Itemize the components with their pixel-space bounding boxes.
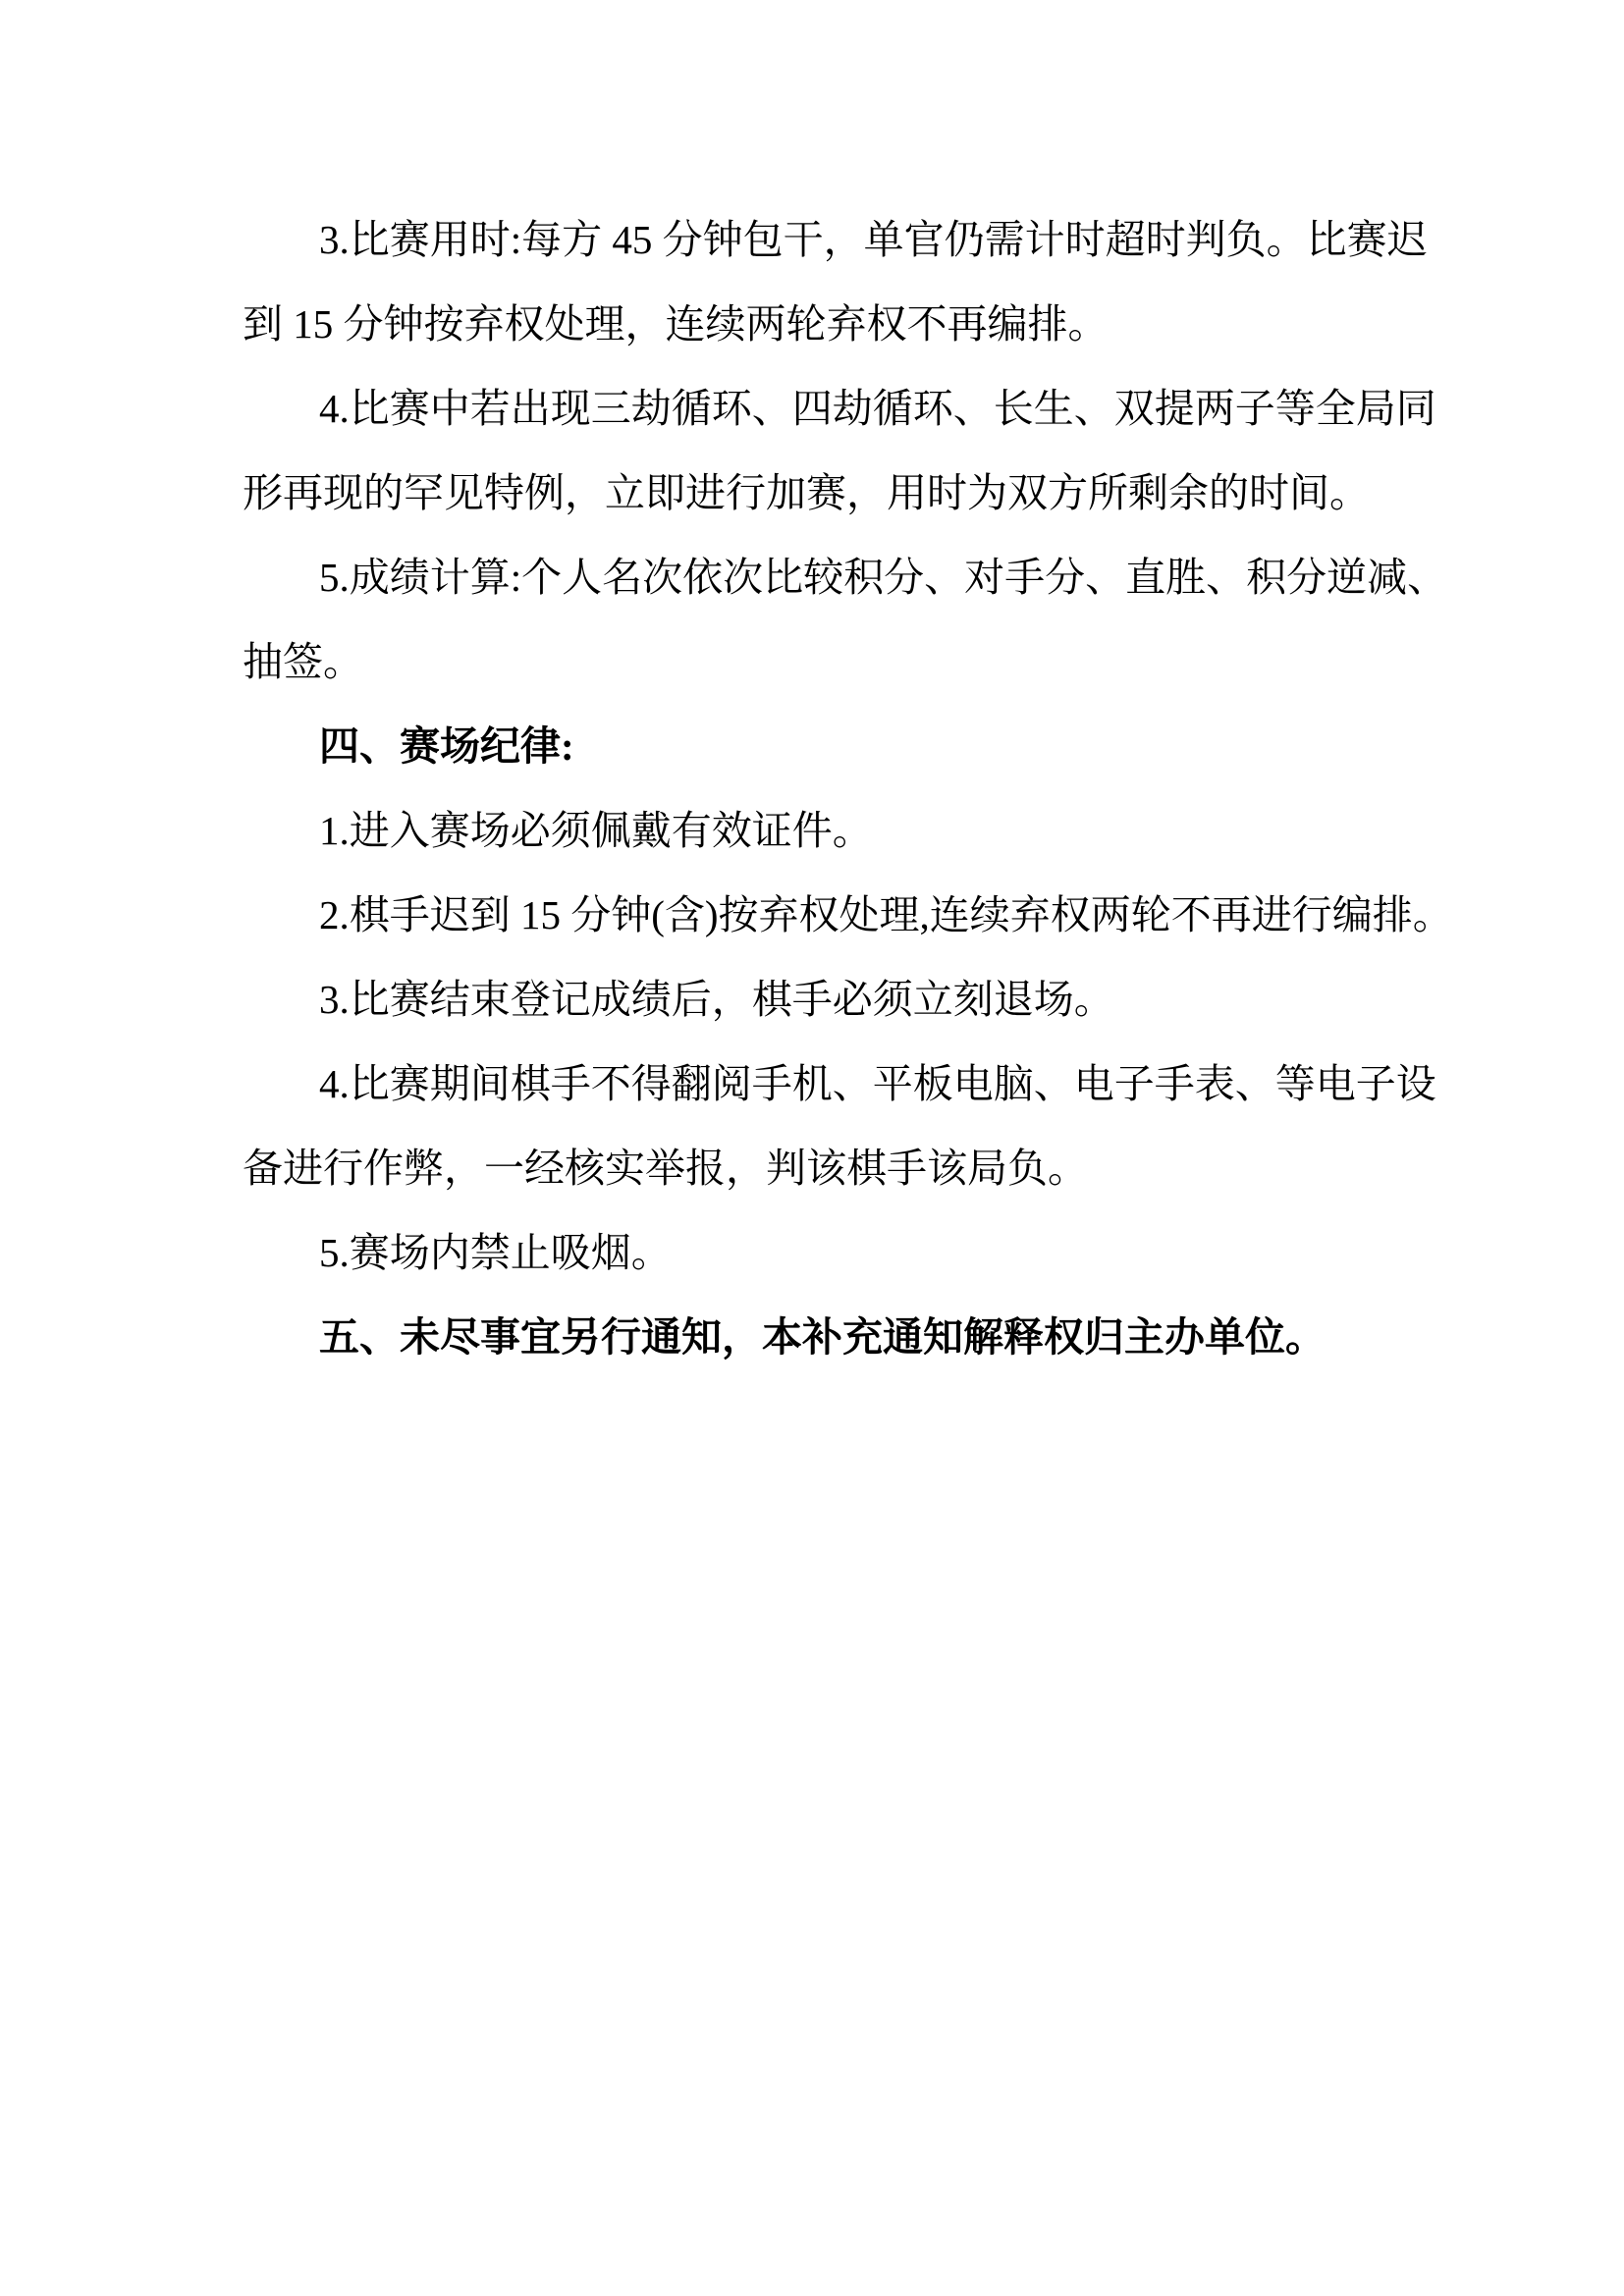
- document-text-block: 3.比赛用时:每方 45 分钟包干，单官仍需计时超时判负。比赛迟到 15 分钟按…: [243, 197, 1379, 1379]
- paragraph-line: 到 15 分钟按弃权处理，连续两轮弃权不再编排。: [243, 282, 1379, 366]
- heading-line: 四、赛场纪律:: [243, 704, 1379, 788]
- paragraph-line: 3.比赛结束登记成绩后，棋手必须立刻退场。: [243, 957, 1379, 1041]
- paragraph-line: 形再现的罕见特例，立即进行加赛，用时为双方所剩余的时间。: [243, 451, 1379, 535]
- paragraph-line: 5.成绩计算:个人名次依次比较积分、对手分、直胜、积分逆减、: [243, 535, 1379, 619]
- document-page: 3.比赛用时:每方 45 分钟包干，单官仍需计时超时判负。比赛迟到 15 分钟按…: [0, 0, 1624, 2296]
- paragraph-line: 4.比赛中若出现三劫循环、四劫循环、长生、双提两子等全局同: [243, 366, 1379, 451]
- heading-line: 五、未尽事宜另行通知，本补充通知解释权归主办单位。: [243, 1295, 1379, 1379]
- paragraph-line: 1.进入赛场必须佩戴有效证件。: [243, 788, 1379, 873]
- paragraph-line: 5.赛场内禁止吸烟。: [243, 1210, 1379, 1295]
- paragraph-line: 3.比赛用时:每方 45 分钟包干，单官仍需计时超时判负。比赛迟: [243, 197, 1379, 282]
- paragraph-line: 备进行作弊，一经核实举报，判该棋手该局负。: [243, 1126, 1379, 1210]
- paragraph-line: 4.比赛期间棋手不得翻阅手机、平板电脑、电子手表、等电子设: [243, 1041, 1379, 1126]
- paragraph-line: 抽签。: [243, 619, 1379, 704]
- paragraph-line: 2.棋手迟到 15 分钟(含)按弃权处理,连续弃权两轮不再进行编排。: [243, 873, 1379, 957]
